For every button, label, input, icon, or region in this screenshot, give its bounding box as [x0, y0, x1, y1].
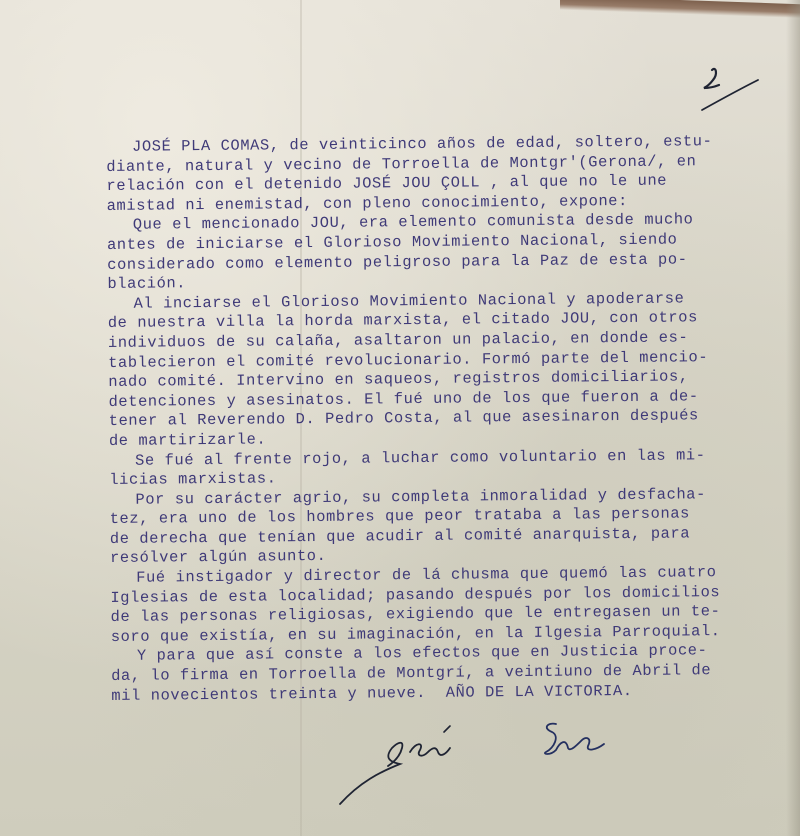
typed-declaration: JOSÉ PLA COMAS, de veinticinco años de e… — [106, 131, 791, 706]
document-page: 2 JOSÉ PLA COMAS, de veinticinco años de… — [0, 0, 800, 836]
handwritten-page-number: 2 — [680, 60, 760, 120]
page-torn-edge — [560, 0, 800, 18]
handwritten-signature: José Pla — [320, 712, 640, 822]
